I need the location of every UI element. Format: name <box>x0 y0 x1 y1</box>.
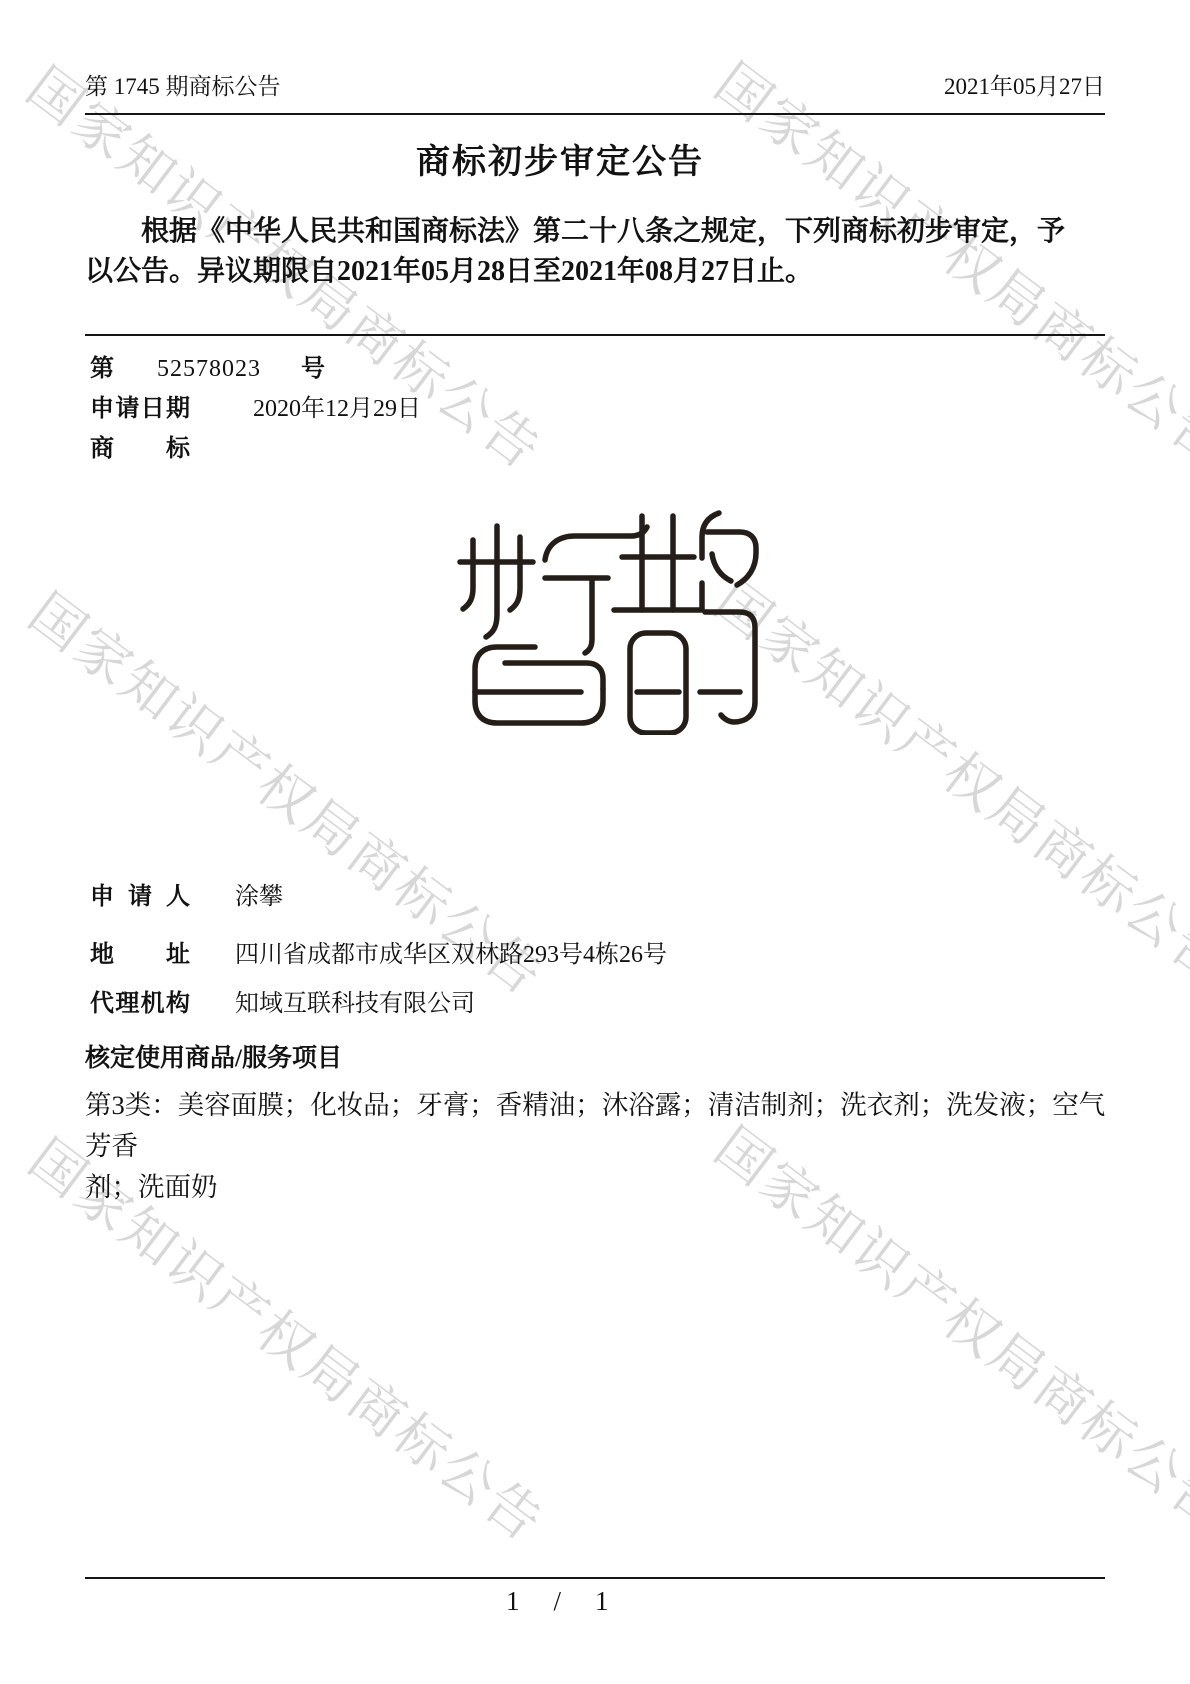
section-divider <box>85 334 1105 336</box>
applicant-value: 涂攀 <box>235 884 283 910</box>
application-date-row: 申请日期2020年12月29日 <box>90 388 421 423</box>
address-value: 四川省成都市成华区双林路293号4栋26号 <box>235 942 667 968</box>
page-separator: / <box>554 1586 562 1617</box>
gazette-date: 2021年05月27日 <box>944 68 1105 101</box>
trademark-label: 商标 <box>90 428 190 463</box>
intro-line: 以公告。异议期限自2021年05月28日至2021年08月27日止。 <box>85 252 1107 292</box>
address-label: 地址 <box>90 934 190 969</box>
document-content: 第 1745 期商标公告 2021年05月27日 商标初步审定公告 根据《中华人… <box>0 0 1190 1684</box>
agency-label: 代理机构 <box>90 983 190 1018</box>
agency-row: 代理机构知域互联科技有限公司 <box>90 983 475 1018</box>
number-prefix: 第 <box>90 356 114 382</box>
agency-value: 知域互联科技有限公司 <box>235 991 475 1017</box>
gazette-issue: 第 1745 期商标公告 <box>85 68 281 101</box>
gazette-page: 国家知识产权局商标公告 国家知识产权局商标公告 国家知识产权局商标公告 国家知识… <box>0 0 1190 1684</box>
page-indicator: 1 / 1 <box>506 1586 609 1617</box>
current-page: 1 <box>506 1586 520 1617</box>
number-suffix: 号 <box>301 356 325 382</box>
intro-line: 根据《中华人民共和国商标法》第二十八条之规定，下列商标初步审定，予 <box>85 212 1107 252</box>
goods-line: 第3类：美容面膜；化妆品；牙膏；香精油；沐浴露；清洁制剂；洗衣剂；洗发液；空气芳… <box>85 1085 1107 1167</box>
goods-line: 剂；洗面奶 <box>85 1167 1107 1208</box>
document-header: 第 1745 期商标公告 2021年05月27日 <box>85 68 1105 101</box>
registration-number-row: 第52578023号 <box>90 348 325 383</box>
trademark-label-row: 商标 <box>90 428 190 463</box>
total-pages: 1 <box>595 1586 609 1617</box>
application-date-label: 申请日期 <box>90 388 190 423</box>
application-date-value: 2020年12月29日 <box>253 396 421 422</box>
goods-list: 第3类：美容面膜；化妆品；牙膏；香精油；沐浴露；清洁制剂；洗衣剂；洗发液；空气芳… <box>85 1085 1107 1208</box>
page-title: 商标初步审定公告 <box>0 134 1120 183</box>
header-divider <box>85 113 1105 115</box>
registration-number: 52578023 <box>157 356 261 382</box>
applicant-label: 申请人 <box>90 876 190 911</box>
applicant-row: 申请人涂攀 <box>90 876 283 911</box>
address-row: 地址四川省成都市成华区双林路293号4栋26号 <box>90 934 667 969</box>
intro-paragraph: 根据《中华人民共和国商标法》第二十八条之规定，下列商标初步审定，予 以公告。异议… <box>85 212 1107 292</box>
goods-heading: 核定使用商品/服务项目 <box>85 1038 342 1074</box>
trademark-logo <box>435 480 760 735</box>
footer-divider <box>85 1577 1105 1579</box>
